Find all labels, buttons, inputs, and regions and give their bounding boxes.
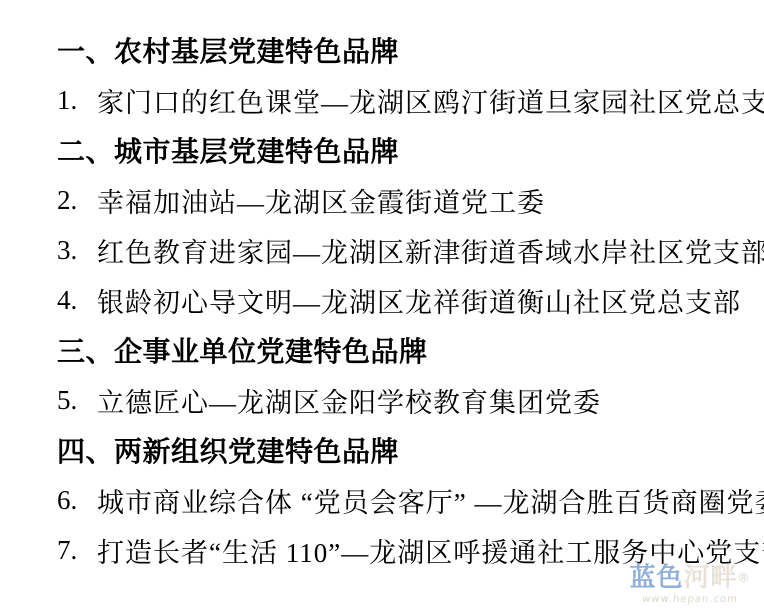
item-text: 立德匠心—龙湖区金阳学校教育集团党委: [97, 381, 601, 420]
list-item-4: 4. 银龄初心导文明—龙湖区龙祥街道衡山社区党总支部: [0, 275, 764, 325]
item-text: 幸福加油站—龙湖区金霞街道党工委: [97, 181, 545, 220]
section-heading-1: 一、农村基层党建特色品牌: [0, 25, 764, 75]
section-heading-4: 四、两新组织党建特色品牌: [0, 425, 764, 475]
item-number: 7.: [57, 535, 97, 566]
item-text: 家门口的红色课堂—龙湖区鸥汀街道旦家园社区党总支部: [97, 81, 764, 120]
item-text: 银龄初心导文明—龙湖区龙祥街道衡山社区党总支部: [97, 281, 741, 320]
item-number: 5.: [57, 385, 97, 416]
item-text: 红色教育进家园—龙湖区新津街道香域水岸社区党支部: [97, 231, 764, 270]
item-text: 城市商业综合体 “党员会客厅” —龙湖合胜百货商圈党委: [97, 481, 764, 520]
list-item-6: 6. 城市商业综合体 “党员会客厅” —龙湖合胜百货商圈党委: [0, 475, 764, 525]
list-item-3: 3. 红色教育进家园—龙湖区新津街道香域水岸社区党支部: [0, 225, 764, 275]
section-heading-3: 三、企事业单位党建特色品牌: [0, 325, 764, 375]
section-heading-text: 二、城市基层党建特色品牌: [57, 130, 399, 170]
item-number: 4.: [57, 285, 97, 316]
list-item-5: 5. 立德匠心—龙湖区金阳学校教育集团党委: [0, 375, 764, 425]
section-heading-text: 四、两新组织党建特色品牌: [57, 430, 399, 470]
item-text: 打造长者“生活 110”—龙湖区呼援通社工服务中心党支部: [97, 531, 764, 570]
section-heading-2: 二、城市基层党建特色品牌: [0, 125, 764, 175]
item-number: 1.: [57, 85, 97, 116]
list-item-7: 7. 打造长者“生活 110”—龙湖区呼援通社工服务中心党支部: [0, 525, 764, 575]
list-item-2: 2. 幸福加油站—龙湖区金霞街道党工委: [0, 175, 764, 225]
section-heading-text: 一、农村基层党建特色品牌: [57, 30, 399, 70]
item-number: 6.: [57, 485, 97, 516]
document-page: 一、农村基层党建特色品牌 1. 家门口的红色课堂—龙湖区鸥汀街道旦家园社区党总支…: [0, 0, 764, 609]
list-item-1: 1. 家门口的红色课堂—龙湖区鸥汀街道旦家园社区党总支部: [0, 75, 764, 125]
item-number: 2.: [57, 185, 97, 216]
section-heading-text: 三、企事业单位党建特色品牌: [57, 330, 428, 370]
item-number: 3.: [57, 235, 97, 266]
